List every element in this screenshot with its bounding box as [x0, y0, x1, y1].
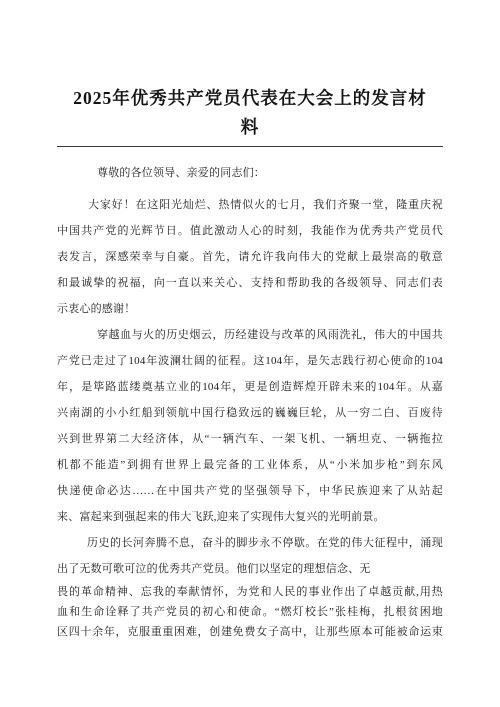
title-line-1: 2025年优秀共产党员代表在大会上的发言材 — [57, 84, 443, 113]
salutation-line: 尊敬的各位领导、亲爱的同志们： — [57, 160, 443, 186]
text-line: 表发言，深感荣幸与自豪。首先，请允许我向伟大的党献上最崇高的敬意 — [57, 244, 443, 270]
text-line: 兴南湖的小小红船到领航中国行稳致远的巍巍巨轮，从一穷二白、百废待 — [57, 400, 443, 426]
text-line: 穿越血与火的历史烟云，历经建设与改革的风雨洗礼，伟大的中国共 — [57, 322, 443, 348]
text-line: 和最诚挚的祝福，向一直以来关心、支持和帮助我的各级领导、同志们表 — [57, 270, 443, 296]
document-page: 2025年优秀共产党员代表在大会上的发言材 料 尊敬的各位领导、亲爱的同志们： … — [0, 0, 500, 707]
paragraph-heroes: 历史的长河奔腾不息，奋斗的脚步永不停歇。在党的伟大征程中，涌现 出了无数可歌可泣… — [57, 530, 443, 642]
document-body: 2025年优秀共产党员代表在大会上的发言材 料 尊敬的各位领导、亲爱的同志们： … — [0, 0, 500, 642]
text-line: 快递使命必达……在中国共产党的坚强领导下，中华民族迎来了从站起 — [57, 478, 443, 504]
text-line: 示衷心的感谢！ — [57, 296, 443, 322]
text-line: 机都不能造”到拥有世界上最完备的工业体系，从“小米加步枪”到东风 — [57, 452, 443, 478]
text-line: 来、富起来到强起来的伟大飞跃,迎来了实现伟大复兴的光明前景。 — [57, 504, 443, 530]
text-line: 出了无数可歌可泣的优秀共产党员。他们以坚定的理想信念、无 — [57, 556, 443, 582]
paragraph-history: 穿越血与火的历史烟云，历经建设与改革的风雨洗礼，伟大的中国共 产党已走过了104… — [57, 322, 443, 530]
text-line: 区四十余年，克服重重困难，创建免费女子高中，让那些原本可能被命运束 — [57, 622, 443, 642]
document-title: 2025年优秀共产党员代表在大会上的发言材 料 — [57, 84, 443, 147]
text-line: 年，是筚路蓝缕奠基立业的104年，更是创造辉煌开辟未来的104年。从嘉 — [57, 374, 443, 400]
text-line: 兴到世界第二大经济体，从“一辆汽车、一架飞机、一辆坦克、一辆拖拉 — [57, 426, 443, 452]
text-line: 畏的革命精神、忘我的奉献情怀，为党和人民的事业作出了卓越贡献,用热 — [57, 582, 443, 602]
text-line: 产党已走过了104年波澜壮阔的征程。这104年，是矢志践行初心使命的104 — [57, 348, 443, 374]
text-line: 大家好！在这阳光灿烂、热情似火的七月，我们齐聚一堂，隆重庆祝 — [57, 192, 443, 218]
paragraph-greeting: 大家好！在这阳光灿烂、热情似火的七月，我们齐聚一堂，隆重庆祝 中国共产党的光辉节… — [57, 192, 443, 322]
text-line: 中国共产党的光辉节日。值此激动人心的时刻，我能作为优秀共产党员代 — [57, 218, 443, 244]
text-line: 血和生命诠释了共产党员的初心和使命。“燃灯校长”张桂梅，扎根贫困地 — [57, 602, 443, 622]
text-line: 历史的长河奔腾不息，奋斗的脚步永不停歇。在党的伟大征程中，涌现 — [57, 530, 443, 556]
title-line-2: 料 — [57, 113, 443, 142]
